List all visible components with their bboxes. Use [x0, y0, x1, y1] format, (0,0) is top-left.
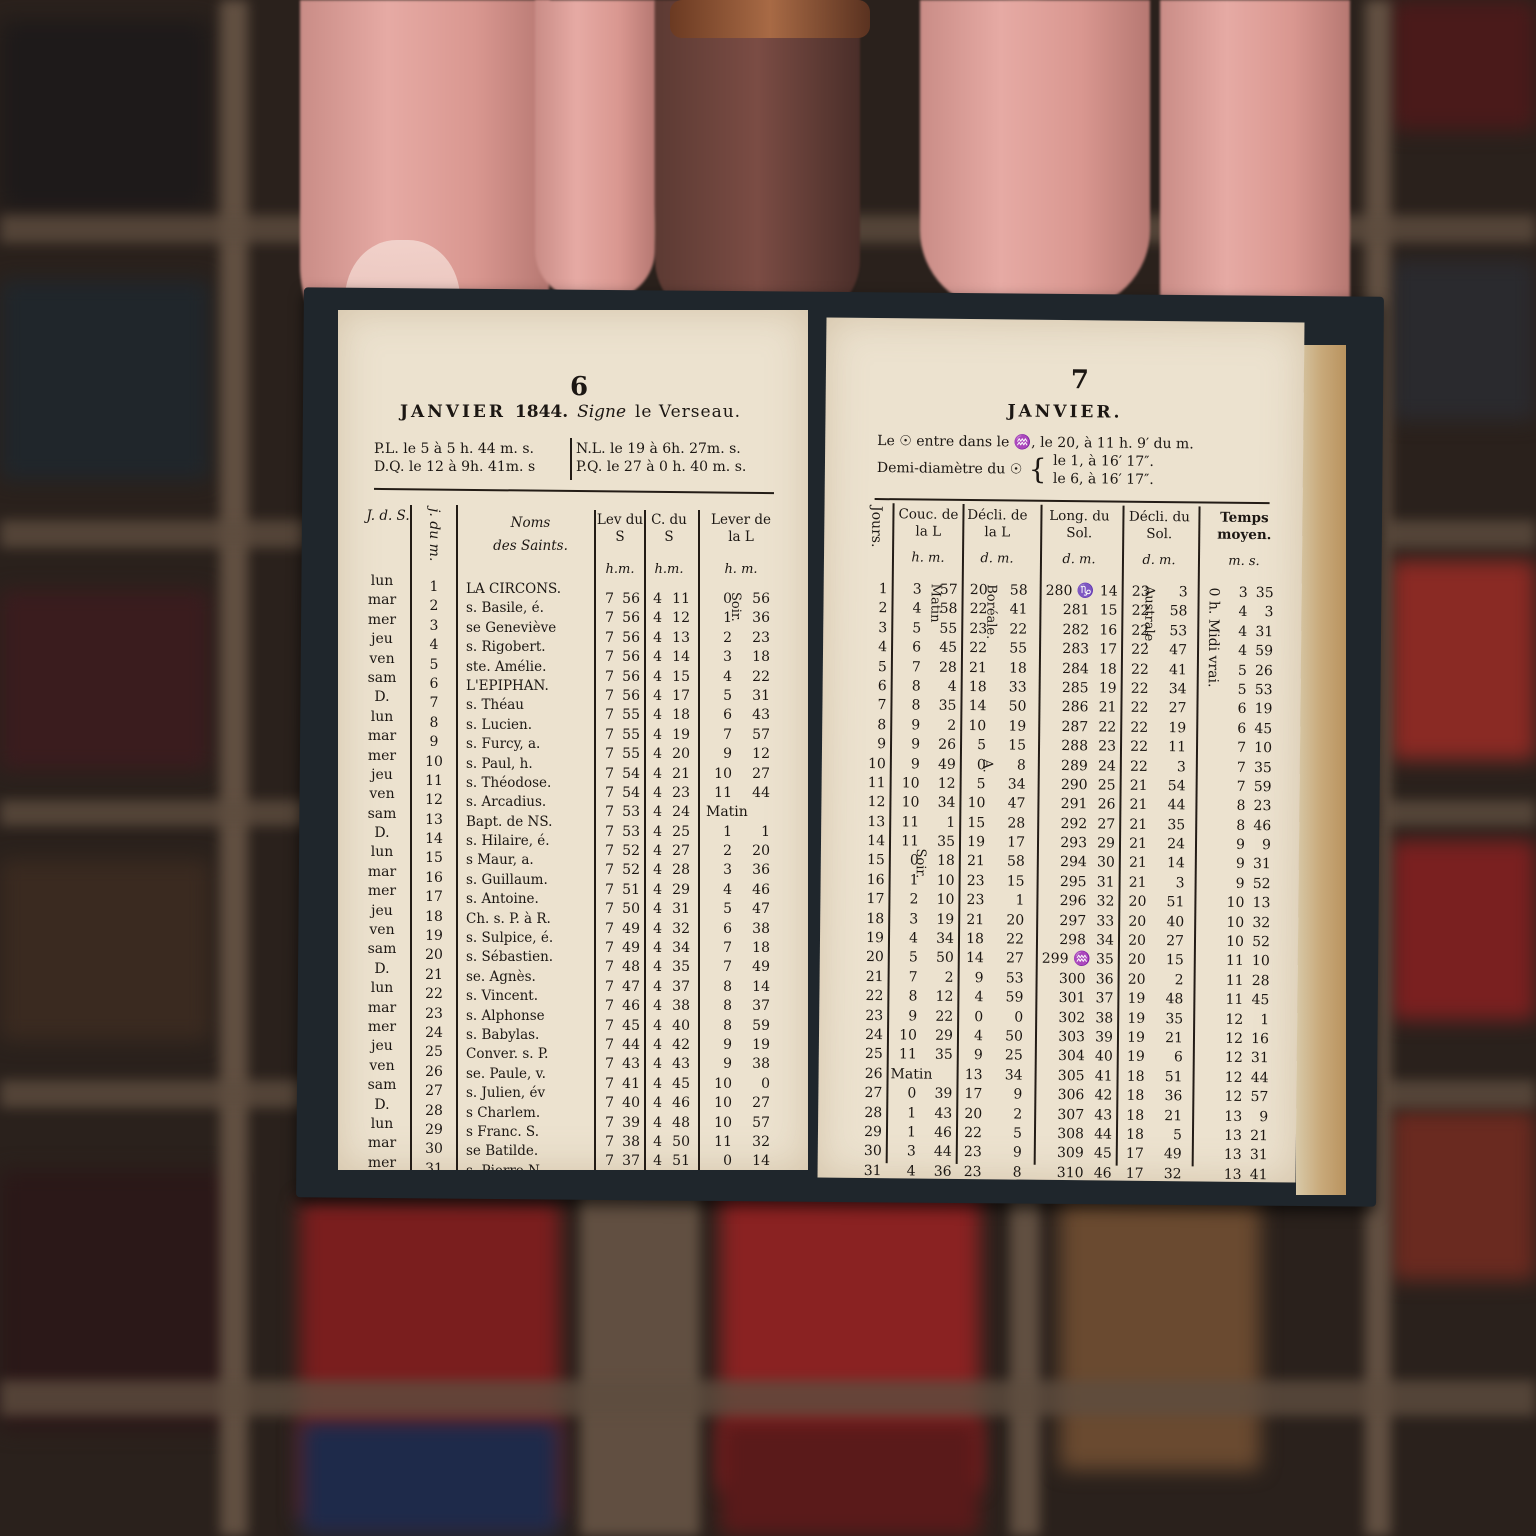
table-cell: 51 — [664, 1152, 690, 1170]
table-cell: 0 — [961, 1008, 983, 1028]
table-cell: 10 — [706, 1075, 732, 1094]
table-cell: 35 — [1248, 758, 1272, 778]
table-cell: 37 — [1085, 989, 1113, 1009]
table-cell: 37 — [664, 978, 690, 997]
table-cell: 4 — [648, 997, 662, 1016]
table-cell: 8 — [706, 978, 732, 997]
unit-label: m. s. — [1206, 554, 1282, 570]
table-cell: 3 — [1156, 758, 1186, 778]
table-cell: mar — [356, 1134, 408, 1153]
table-cell: 40 — [1154, 913, 1184, 933]
table-cell: 22 — [965, 639, 987, 659]
table-cell: 11 — [1223, 991, 1243, 1011]
table-cell: 2 — [706, 629, 732, 648]
table-cell: 7 — [706, 726, 732, 745]
table-cell: 22 — [1126, 699, 1148, 719]
table-cell: 1 — [890, 1104, 916, 1124]
page-edges — [1296, 345, 1346, 1195]
table-cell: sam — [356, 1076, 408, 1095]
left-page: 6 JANVIER 1844. Signe le Verseau. P.L. l… — [338, 310, 808, 1170]
table-cell: 46 — [918, 1123, 952, 1143]
table-cell: 6 — [863, 677, 887, 697]
table-cell: 12 — [1222, 1088, 1242, 1108]
table-cell: se Geneviève — [466, 619, 594, 638]
table-cell: 20 — [416, 946, 452, 965]
table-cell: 2 — [706, 842, 732, 861]
semi-diameter-values: le 1, à 16′ 17″. le 6, à 16′ 17″. — [1053, 452, 1154, 489]
table-cell: 21 — [1153, 1029, 1183, 1049]
table-cell: 21 — [1125, 854, 1147, 874]
table-cell: s. Pierre N. — [466, 1162, 594, 1170]
table-line — [410, 505, 412, 1170]
table-cell: 11 — [862, 774, 886, 794]
table-cell: 33 — [997, 678, 1027, 698]
table-cell: 27 — [1156, 699, 1186, 719]
table-cell: 304 — [1041, 1047, 1085, 1067]
table-cell: 41 — [997, 601, 1027, 621]
table-cell: 16 — [1089, 621, 1117, 641]
table-cell: 18 — [860, 910, 884, 930]
table-cell: 10 — [706, 765, 732, 784]
table-cell: 29 — [919, 1027, 953, 1047]
table-cell: s. Antoine. — [466, 890, 594, 909]
table-cell: 7 — [416, 694, 452, 713]
table-cell: 19 — [1123, 990, 1145, 1010]
table-cell: 11 — [891, 1046, 917, 1066]
table-cell: 31 — [736, 687, 770, 706]
table-cell: 9 — [416, 733, 452, 752]
table-cell: D. — [356, 688, 408, 707]
table-cell: 3 — [706, 861, 732, 880]
table-cell: 44 — [1084, 1125, 1112, 1145]
unit-label: h.m. — [646, 562, 692, 577]
table-cell: 21 — [860, 968, 884, 988]
table-cell: 13 — [416, 811, 452, 830]
table-cell: 7 — [598, 920, 614, 939]
table-cell: lun — [356, 843, 408, 862]
table-cell: 54 — [616, 765, 640, 784]
table-cell: 6 — [1226, 719, 1246, 739]
table-cell: 10 — [964, 717, 986, 737]
table-cell: 4 — [648, 1114, 662, 1133]
table-cell: 12 — [919, 988, 953, 1008]
table-cell: 50 — [920, 949, 954, 969]
table-cell: jeu — [356, 1037, 408, 1056]
table-cell: 21 — [664, 765, 690, 784]
table-cell: 4 — [648, 668, 662, 687]
table-cell: 21 — [1125, 835, 1147, 855]
col-header-jdum: j. du m. — [426, 508, 442, 561]
table-cell: 57 — [736, 726, 770, 745]
table-cell: 17 — [860, 890, 884, 910]
table-cell: 28 — [416, 1102, 452, 1121]
table-cell: 7 — [598, 1017, 614, 1036]
moonset-min-column: 5758554528435226491234135181010193450212… — [917, 581, 957, 1182]
table-cell: 11 — [706, 1133, 732, 1152]
table-cell: 14 — [1155, 854, 1185, 874]
table-cell: s. Sébastien. — [466, 948, 594, 967]
table-cell: 52 — [1246, 933, 1270, 953]
table-cell: 32 — [1086, 893, 1114, 913]
table-cell: 43 — [664, 1055, 690, 1074]
day-column: 1234567891011121314151617181920212223242… — [857, 580, 887, 1181]
table-cell: ste. Amélie. — [466, 658, 594, 677]
table-cell: 22 — [1126, 718, 1148, 738]
table-cell: 52 — [616, 842, 640, 861]
table-cell: 15 — [995, 872, 1025, 892]
table-cell: 55 — [616, 745, 640, 764]
table-cell: 20 — [994, 911, 1024, 931]
table-line — [594, 510, 596, 1170]
table-cell: 59 — [1248, 778, 1272, 798]
table-cell: 9 — [891, 1007, 917, 1027]
table-line — [698, 510, 700, 1170]
table-cell: 23 — [664, 784, 690, 803]
table-cell: 10 — [963, 794, 985, 814]
table-cell: 18 — [997, 659, 1027, 679]
unit-label: d. m. — [964, 551, 1030, 567]
table-cell: 29 — [1087, 834, 1115, 854]
moonrise-min-column: 5636231822314357122744120364647381849143… — [736, 590, 770, 1170]
table-cell: 7 — [1226, 778, 1246, 798]
table-cell: 20 — [1124, 912, 1146, 932]
table-cell: 35 — [664, 958, 690, 977]
shelf-board — [0, 1380, 1536, 1416]
table-cell: Matin — [706, 803, 732, 822]
table-cell: 18 — [1122, 1106, 1144, 1126]
table-cell: 2 — [1153, 971, 1183, 991]
table-cell: 4 — [648, 900, 662, 919]
table-cell: 48 — [616, 958, 640, 977]
table-cell: 9 — [1244, 1107, 1268, 1127]
table-cell: 290 — [1044, 776, 1088, 796]
table-cell: 5 — [706, 900, 732, 919]
unit-label: d. m. — [1046, 552, 1112, 568]
table-cell: 7 — [706, 958, 732, 977]
table-cell: 30 — [858, 1142, 882, 1162]
table-cell: mer — [356, 611, 408, 630]
table-cell: 18 — [736, 648, 770, 667]
table-cell: 27 — [858, 1084, 882, 1104]
table-cell: 15 — [416, 849, 452, 868]
table-cell: 9 — [862, 735, 886, 755]
table-cell: 41 — [616, 1075, 640, 1094]
table-cell: 17 — [664, 687, 690, 706]
table-cell: 27 — [1087, 815, 1115, 835]
table-cell: 31 — [1249, 623, 1273, 643]
table-cell: 15 — [963, 814, 985, 834]
book-spine — [1390, 840, 1536, 1020]
table-cell: 28 — [858, 1103, 882, 1123]
table-cell: mar — [356, 999, 408, 1018]
table-cell: 10 — [1248, 739, 1272, 759]
table-cell: 21 — [1126, 777, 1148, 797]
table-cell: 281 — [1045, 601, 1089, 621]
table-cell: 7 — [598, 997, 614, 1016]
table-cell: 286 — [1044, 698, 1088, 718]
table-cell: 14 — [736, 1152, 770, 1170]
table-cell: 4 — [648, 842, 662, 861]
table-cell: 21 — [1152, 1107, 1182, 1127]
table-cell: 52 — [1247, 875, 1271, 895]
table-cell: 19 — [416, 927, 452, 946]
table-cell: 4 — [648, 745, 662, 764]
table-cell: 283 — [1045, 640, 1089, 660]
table-cell: 47 — [736, 900, 770, 919]
table-cell: 9 — [706, 1055, 732, 1074]
table-cell: 41 — [1157, 661, 1187, 681]
table-cell: 59 — [993, 989, 1023, 1009]
table-cell: 20 — [1124, 932, 1146, 952]
table-cell: 13 — [1221, 1165, 1241, 1182]
table-cell: 19 — [1123, 1009, 1145, 1029]
table-cell: 53 — [1249, 681, 1273, 701]
table-cell: 7 — [598, 842, 614, 861]
table-cell: 20 — [960, 1105, 982, 1125]
table-cell: 10 — [891, 1026, 917, 1046]
table-cell: 12 — [861, 793, 885, 813]
table-cell: 53 — [616, 803, 640, 822]
table-cell: 56 — [616, 648, 640, 667]
table-cell: 23 — [736, 629, 770, 648]
table-cell: 0 — [993, 1008, 1023, 1028]
sunrise-min-column: 5656565656565555555454535352525150494948… — [616, 590, 640, 1170]
table-cell: mar — [356, 727, 408, 746]
table-cell: 19 — [1123, 1048, 1145, 1068]
table-cell: 21 — [1125, 874, 1147, 894]
table-cell: 33 — [1086, 912, 1114, 932]
table-cell: 3 — [416, 617, 452, 636]
col-header-lever-soleil: Lev du S — [596, 512, 644, 546]
table-cell: 31 — [1247, 855, 1271, 875]
table-cell: 44 — [918, 1143, 952, 1163]
table-cell: 13 — [1222, 1146, 1242, 1166]
table-cell: 55 — [616, 726, 640, 745]
table-cell: 22 — [997, 620, 1027, 640]
table-cell: 7 — [598, 706, 614, 725]
table-cell: 21 — [962, 911, 984, 931]
table-cell: 44 — [616, 1036, 640, 1055]
table-cell: 43 — [616, 1055, 640, 1074]
table-cell: 4 — [648, 1075, 662, 1094]
table-cell: 22 — [416, 985, 452, 1004]
table-cell: 18 — [962, 930, 984, 950]
table-cell: 19 — [736, 1036, 770, 1055]
divider — [570, 438, 572, 480]
table-cell: 10 — [1246, 952, 1270, 972]
table-cell: 44 — [736, 784, 770, 803]
table-cell: 1 — [994, 892, 1024, 912]
table-cell: 8 — [706, 1017, 732, 1036]
header-rule — [875, 498, 1270, 504]
moonrise-hour-column: 0123456791011Matin1234567788899101010110 — [706, 590, 732, 1170]
semi-diameter-note: Demi-diamètre du ☉ { le 1, à 16′ 17″. le… — [877, 450, 1154, 489]
table-cell: 305 — [1040, 1067, 1084, 1087]
table-cell: lun — [356, 1115, 408, 1134]
table-cell: 37 — [616, 1152, 640, 1170]
table-cell: 25 — [859, 1045, 883, 1065]
table-cell: 10 — [920, 891, 954, 911]
table-cell: 284 — [1045, 659, 1089, 679]
table-cell: 7 — [598, 745, 614, 764]
table-cell: 9 — [894, 735, 920, 755]
table-cell: 39 — [616, 1114, 640, 1133]
table-cell: 309 — [1040, 1144, 1084, 1164]
table-cell: 36 — [1152, 1087, 1182, 1107]
weekday-column: lunmarmerjeuvensamD.lunmarmerjeuvensamD.… — [356, 572, 408, 1170]
table-cell: 4 — [648, 609, 662, 628]
table-cell: s. Lucien. — [466, 716, 594, 735]
table-cell: 19 — [920, 910, 954, 930]
table-cell: 285 — [1045, 679, 1089, 699]
table-cell: 6 — [706, 706, 732, 725]
table-cell: 12 — [1222, 1068, 1242, 1088]
table-cell: 38 — [736, 920, 770, 939]
table-cell: 5 — [416, 656, 452, 675]
book-spine — [0, 590, 210, 770]
table-cell: 291 — [1043, 795, 1087, 815]
table-cell: 10 — [706, 1094, 732, 1113]
table-cell: 2 — [863, 599, 887, 619]
table-cell: 49 — [616, 920, 640, 939]
table-cell: 47 — [995, 795, 1025, 815]
sun-long-min-column: 1415161718192122232425262729303132333435… — [1083, 582, 1117, 1182]
table-cell: 27 — [994, 950, 1024, 970]
table-cell: 57 — [1244, 1088, 1268, 1108]
table-cell — [918, 1065, 952, 1085]
col-header-jds: J. d. S. — [358, 508, 418, 525]
table-cell: 24 — [416, 1024, 452, 1043]
table-cell: 4 — [648, 687, 662, 706]
table-cell: 19 — [1156, 719, 1186, 739]
table-cell: 12 — [416, 791, 452, 810]
table-cell: 39 — [1085, 1028, 1113, 1048]
page-title: JANVIER. — [1007, 401, 1122, 422]
rotated-label-boreale: Boréale. — [983, 584, 999, 639]
table-cell: 3 — [863, 619, 887, 639]
table-cell: 27 — [664, 842, 690, 861]
table-cell: L'EPIPHAN. — [466, 677, 594, 696]
table-line — [1192, 506, 1200, 1166]
table-cell: 38 — [1085, 1009, 1113, 1029]
table-cell: 44 — [1244, 1069, 1268, 1089]
table-cell: 0 — [736, 1075, 770, 1094]
table-cell: 9 — [894, 755, 920, 775]
table-cell: 50 — [996, 698, 1026, 718]
table-cell: 38 — [616, 1133, 640, 1152]
table-cell: 6 — [416, 675, 452, 694]
table-cell: 4 — [648, 978, 662, 997]
table-cell: 9 — [1225, 836, 1245, 856]
table-cell: 56 — [616, 609, 640, 628]
table-cell: 4 — [648, 706, 662, 725]
table-cell: 302 — [1041, 1008, 1085, 1028]
table-cell: 280 ♑ — [1046, 582, 1090, 602]
table-cell: 4 — [895, 600, 921, 620]
table-cell: 19 — [860, 929, 884, 949]
table-cell: 9 — [1225, 855, 1245, 875]
book-spine — [1390, 260, 1536, 420]
table-cell: 35 — [919, 1046, 953, 1066]
table-cell: 21 — [1088, 699, 1116, 719]
table-cell: 14 — [664, 648, 690, 667]
table-cell: 20 — [1124, 893, 1146, 913]
table-cell: 3 — [706, 648, 732, 667]
day-column: 1234567891011121314151617181920212223242… — [416, 578, 452, 1170]
table-cell: 307 — [1040, 1105, 1084, 1125]
table-cell: 38 — [664, 997, 690, 1016]
table-cell: 45 — [664, 1075, 690, 1094]
table-cell: 22 — [1127, 680, 1149, 700]
table-cell: 306 — [1040, 1086, 1084, 1106]
table-cell: 49 — [922, 755, 956, 775]
table-cell: 8 — [894, 697, 920, 717]
table-cell: 7 — [598, 1075, 614, 1094]
table-cell: 23 — [960, 1143, 982, 1163]
table-cell: 45 — [1245, 991, 1269, 1011]
table-cell: 7 — [598, 590, 614, 609]
table-cell: 282 — [1045, 621, 1089, 641]
table-cell: 4 — [961, 988, 983, 1008]
table-cell: 7 — [598, 861, 614, 880]
table-cell: 1 — [890, 1123, 916, 1143]
table-cell: 22 — [960, 1124, 982, 1144]
table-cell: 53 — [993, 969, 1023, 989]
table-cell: 56 — [616, 687, 640, 706]
table-cell: 287 — [1044, 718, 1088, 738]
table-cell: 22 — [1126, 738, 1148, 758]
table-cell: 10 — [416, 753, 452, 772]
table-cell: s. Théau — [466, 696, 594, 715]
table-cell: ven — [356, 785, 408, 804]
table-cell: 21 — [1125, 796, 1147, 816]
right-page: 7 JANVIER. Le ☉ entre dans le ♒, le 20, … — [818, 318, 1305, 1183]
table-cell: 35 — [1153, 1010, 1183, 1030]
table-cell: 4 — [648, 920, 662, 939]
table-cell: 7 — [598, 784, 614, 803]
table-cell: 0 — [890, 1084, 916, 1104]
table-cell: 59 — [736, 1017, 770, 1036]
table-cell: 7 — [598, 726, 614, 745]
brace: { — [1029, 461, 1047, 479]
table-cell: s. Furcy, a. — [466, 735, 594, 754]
table-cell: D. — [356, 960, 408, 979]
middle-finger — [535, 0, 655, 300]
table-cell: ven — [356, 1057, 408, 1076]
table-cell: 17 — [1089, 640, 1117, 660]
table-cell: sam — [356, 669, 408, 688]
table-cell: 15 — [996, 736, 1026, 756]
table-cell: 28 — [1245, 972, 1269, 992]
table-cell: 55 — [616, 706, 640, 725]
table-cell: 5 — [863, 657, 887, 677]
table-cell: 10 — [1224, 894, 1244, 914]
table-cell: 22 — [919, 1007, 953, 1027]
table-cell: 4 — [892, 929, 918, 949]
table-cell: 308 — [1040, 1125, 1084, 1145]
table-cell: 8 — [862, 716, 886, 736]
table-cell: 9 — [894, 716, 920, 736]
table-cell: 7 — [598, 1133, 614, 1152]
table-cell: 24 — [1088, 757, 1116, 777]
table-cell: mar — [356, 863, 408, 882]
table-cell: 14 — [964, 697, 986, 717]
table-cell: 15 — [1154, 951, 1184, 971]
table-cell: 37 — [736, 997, 770, 1016]
table-cell: 19 — [664, 726, 690, 745]
saint-column: LA CIRCONS.s. Basile, é.se Genevièves. R… — [466, 580, 594, 1170]
table-cell: 40 — [1085, 1048, 1113, 1068]
